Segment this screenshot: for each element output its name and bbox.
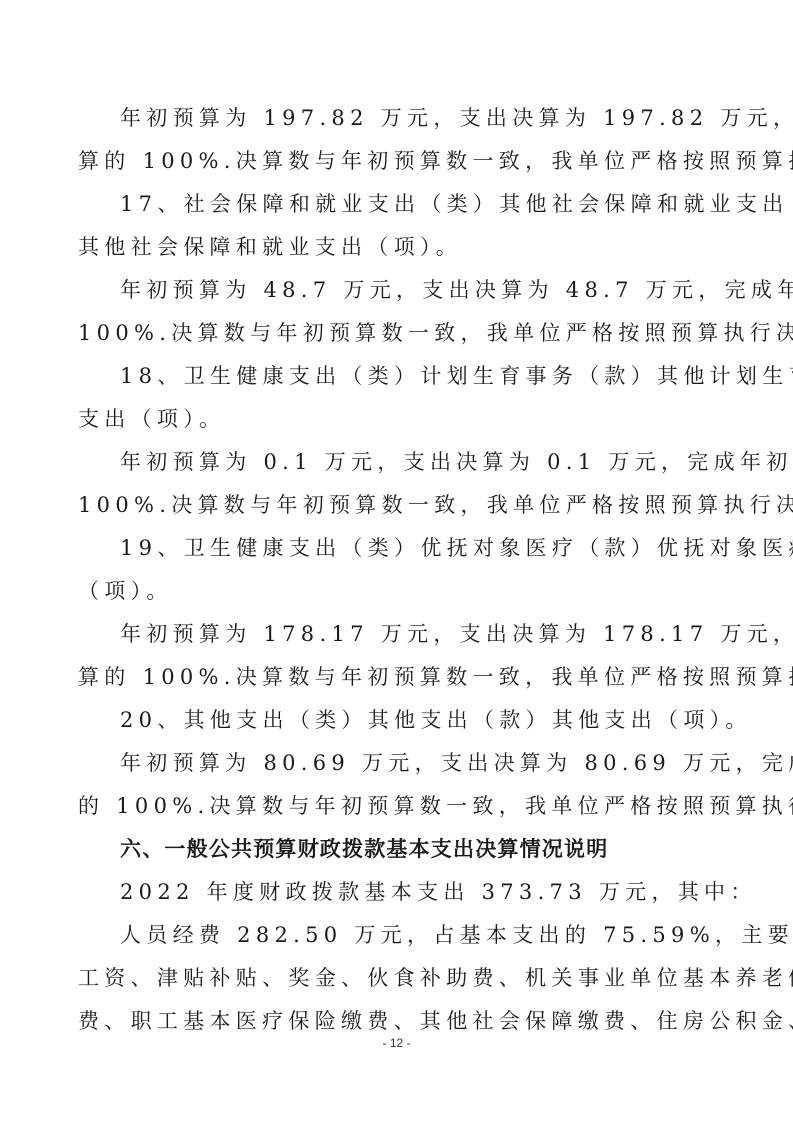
paragraph-line: 人员经费 282.50 万元，占基本支出的 75.59%，主要包括：基本 — [78, 917, 718, 960]
item-17-title-line: 其他社会保障和就业支出（项）。 — [78, 229, 718, 272]
paragraph-line: 算的 100%.决算数与年初预算数一致，我单位严格按照预算执行决算。 — [78, 143, 718, 186]
paragraph-line: 算的 100%.决算数与年初预算数一致，我单位严格按照预算执行决算。 — [78, 659, 718, 702]
page-number: - 12 - — [0, 1036, 793, 1050]
item-18-title-line: 18、卫生健康支出（类）计划生育事务（款）其他计划生育事务 — [78, 358, 718, 401]
section-heading: 六、一般公共预算财政拨款基本支出决算情况说明 — [78, 831, 718, 874]
item-18-title-line: 支出（项）。 — [78, 401, 718, 444]
paragraph-line: 年初预算为 178.17 万元，支出决算为 178.17 万元，完成年初预 — [78, 616, 718, 659]
paragraph-line: 的 100%.决算数与年初预算数一致，我单位严格按照预算执行决算。 — [78, 788, 718, 831]
document-page: 年初预算为 197.82 万元，支出决算为 197.82 万元，完成年初预 算的… — [78, 100, 718, 1046]
item-17-title-line: 17、社会保障和就业支出（类）其他社会保障和就业支出（款） — [78, 186, 718, 229]
item-19-title-line: 19、卫生健康支出（类）优抚对象医疗（款）优抚对象医疗补助 — [78, 530, 718, 573]
paragraph-line: 年初预算为 48.7 万元，支出决算为 48.7 万元，完成年初预算的 — [78, 272, 718, 315]
item-20-title-line: 20、其他支出（类）其他支出（款）其他支出（项）。 — [78, 702, 718, 745]
paragraph-line: 100%.决算数与年初预算数一致，我单位严格按照预算执行决算。 — [78, 487, 718, 530]
paragraph-line: 年初预算为 197.82 万元，支出决算为 197.82 万元，完成年初预 — [78, 100, 718, 143]
paragraph-line: 100%.决算数与年初预算数一致，我单位严格按照预算执行决算。 — [78, 315, 718, 358]
paragraph-line: 年初预算为 0.1 万元，支出决算为 0.1 万元，完成年初预算的 — [78, 444, 718, 487]
paragraph-line: 工资、津贴补贴、奖金、伙食补助费、机关事业单位基本养老保险缴 — [78, 960, 718, 1003]
paragraph-line: 年初预算为 80.69 万元，支出决算为 80.69 万元，完成年初预算 — [78, 745, 718, 788]
paragraph-line: 2022 年度财政拨款基本支出 373.73 万元，其中： — [78, 874, 718, 917]
item-19-title-line: （项）。 — [78, 573, 718, 616]
